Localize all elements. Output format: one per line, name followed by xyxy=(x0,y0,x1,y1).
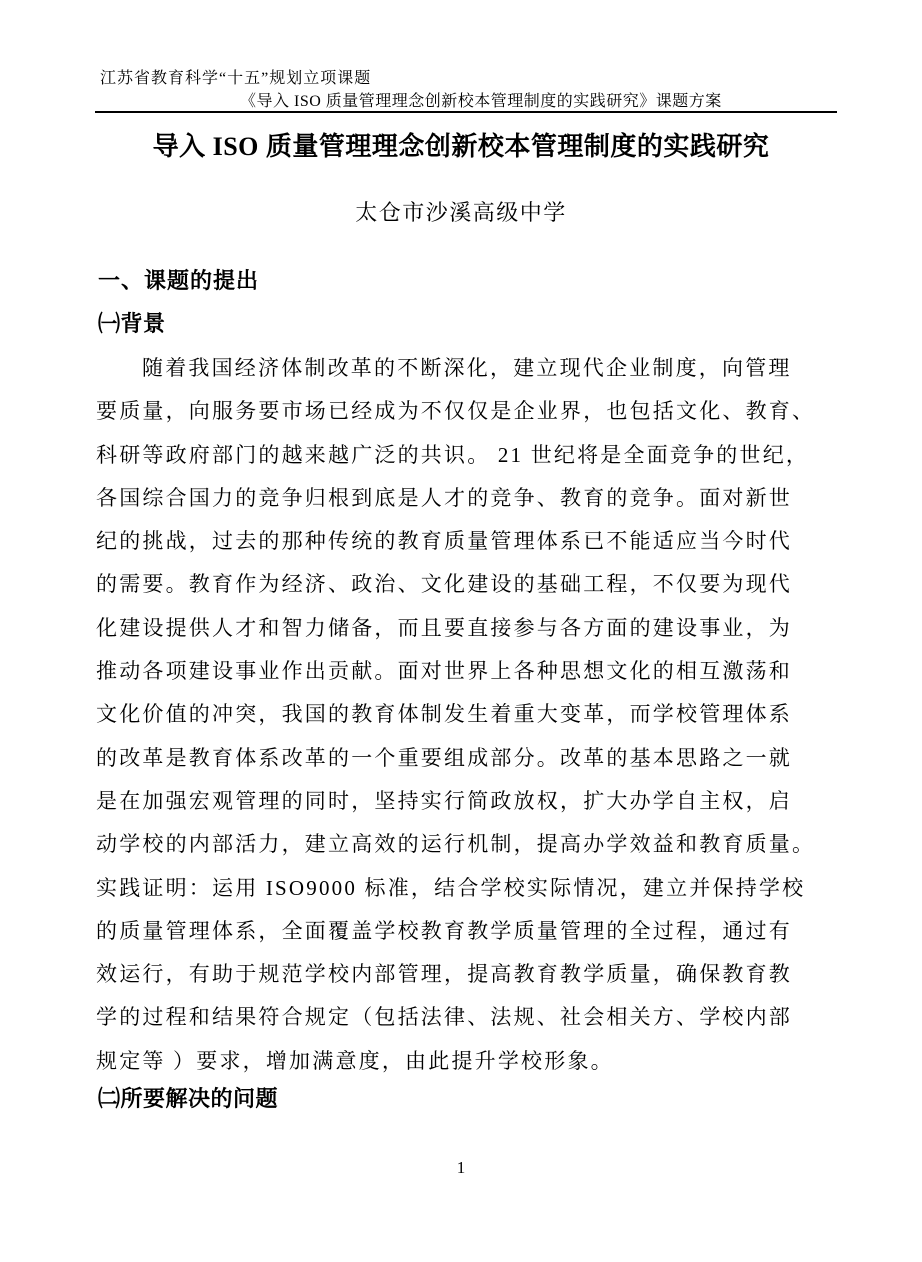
paragraph-line: 的改革是教育体系改革的一个重要组成部分。改革的基本思路之一就 xyxy=(96,737,836,780)
paragraph-line: 的质量管理体系，全面覆盖学校教育教学质量管理的全过程，通过有 xyxy=(96,910,836,953)
header-proposal-subtitle: 《导入 ISO 质量管理理念创新校本管理制度的实践研究》课题方案 xyxy=(240,93,922,111)
section-1-heading: 一、课题的提出 xyxy=(98,268,922,294)
page-number: 1 xyxy=(0,1158,922,1178)
paragraph-line: 要质量，向服务要市场已经成为不仅仅是企业界，也包括文化、教育、 xyxy=(96,390,836,433)
background-paragraph: 随着我国经济体制改革的不断深化，建立现代企业制度，向管理 要质量，向服务要市场已… xyxy=(96,347,836,1083)
paragraph-line: 是在加强宏观管理的同时，坚持实行简政放权，扩大办学自主权，启 xyxy=(96,780,836,823)
paragraph-line: 纪的挑战，过去的那种传统的教育质量管理体系已不能适应当今时代 xyxy=(96,520,836,563)
paragraph-line: 学的过程和结果符合规定（包括法律、法规、社会相关方、学校内部 xyxy=(96,996,836,1039)
document-title: 导入 ISO 质量管理理念创新校本管理制度的实践研究 xyxy=(0,132,922,162)
school-name: 太仓市沙溪高级中学 xyxy=(0,200,922,226)
paragraph-line: 文化价值的冲突，我国的教育体制发生着重大变革，而学校管理体系 xyxy=(96,693,836,736)
paragraph-line: 实践证明：运用 ISO9000 标准，结合学校实际情况，建立并保持学校 xyxy=(96,867,836,910)
paragraph-line: 推动各项建设事业作出贡献。面对世界上各种思想文化的相互激荡和 xyxy=(96,650,836,693)
paragraph-line: 的需要。教育作为经济、政治、文化建设的基础工程，不仅要为现代 xyxy=(96,563,836,606)
subsection-problems-heading: ㈡所要解决的问题 xyxy=(98,1086,922,1112)
subsection-background-heading: ㈠背景 xyxy=(98,311,922,337)
document-page: 江苏省教育科学“十五”规划立项课题 《导入 ISO 质量管理理念创新校本管理制度… xyxy=(0,0,922,1262)
header-project-category: 江苏省教育科学“十五”规划立项课题 xyxy=(100,70,922,88)
header-divider xyxy=(95,111,837,113)
paragraph-line: 规定等 ）要求，增加满意度，由此提升学校形象。 xyxy=(96,1040,836,1083)
paragraph-line: 化建设提供人才和智力储备，而且要直接参与各方面的建设事业，为 xyxy=(96,607,836,650)
paragraph-line: 科研等政府部门的越来越广泛的共识。 21 世纪将是全面竞争的世纪， xyxy=(96,434,836,477)
paragraph-line: 动学校的内部活力，建立高效的运行机制，提高办学效益和教育质量。 xyxy=(96,823,836,866)
paragraph-line: 各国综合国力的竞争归根到底是人才的竞争、教育的竞争。面对新世 xyxy=(96,477,836,520)
paragraph-line: 随着我国经济体制改革的不断深化，建立现代企业制度，向管理 xyxy=(96,347,836,390)
paragraph-line: 效运行，有助于规范学校内部管理，提高教育教学质量，确保教育教 xyxy=(96,953,836,996)
